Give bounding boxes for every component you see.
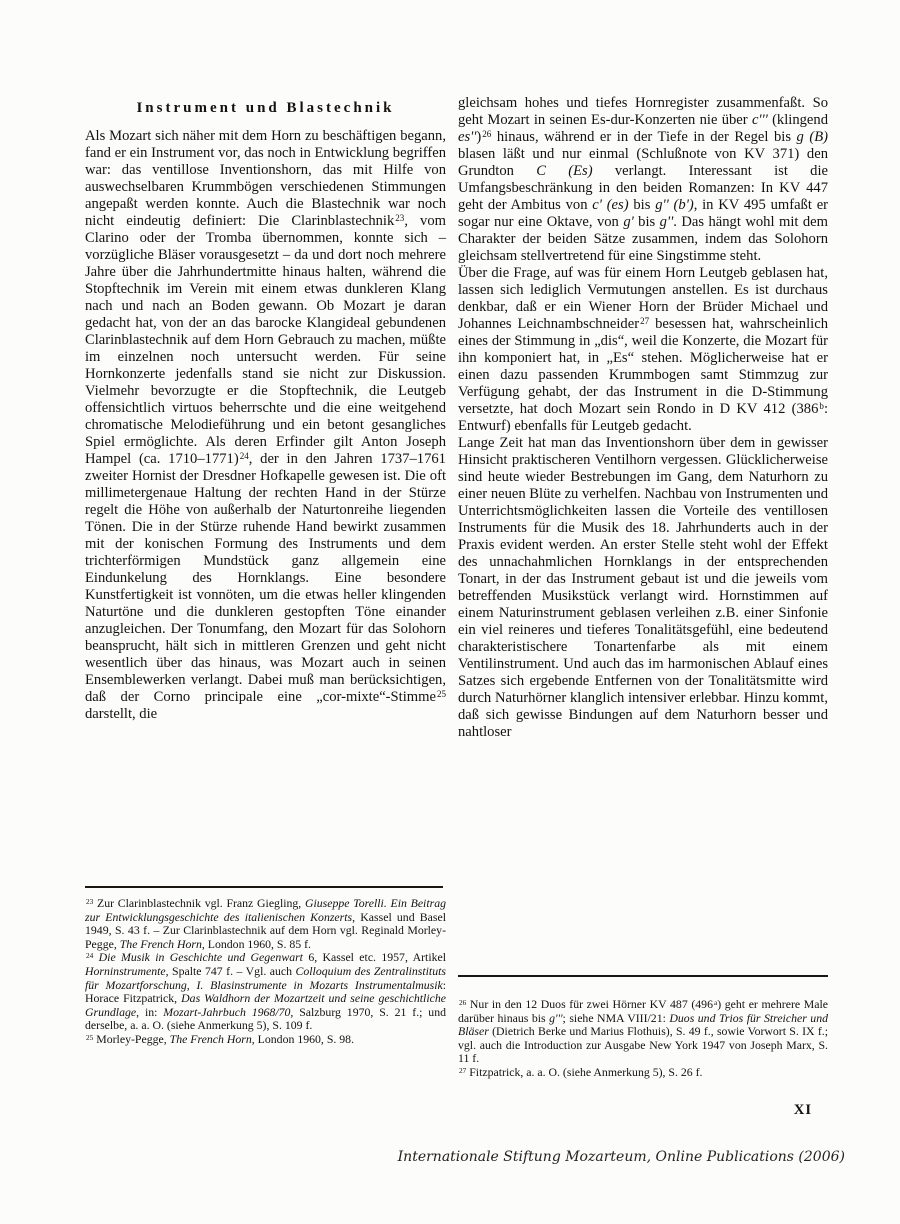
section-heading: Instrument und Blastechnik <box>85 100 446 117</box>
right-column: gleichsam hohes und tiefes Hornregister … <box>458 95 828 741</box>
left-column: Als Mozart sich näher mit dem Horn zu be… <box>85 128 446 723</box>
publication-footer: Internationale Stiftung Mozarteum, Onlin… <box>398 1149 845 1165</box>
footnote-divider-right <box>458 975 828 977</box>
body-paragraph: Lange Zeit hat man das Inventionshorn üb… <box>458 435 828 741</box>
footnote-27: 27 Fitzpatrick, a. a. O. (siehe Anmerkun… <box>458 1066 828 1080</box>
footnote-25: 25 Morley-Pegge, The French Horn, London… <box>85 1033 446 1047</box>
left-footnotes: 23 Zur Clarinblastechnik vgl. Franz Gieg… <box>85 897 446 1047</box>
page-number: XI <box>794 1102 812 1119</box>
footnote-divider-left <box>85 886 443 888</box>
right-footnotes: 26 Nur in den 12 Duos für zwei Hörner KV… <box>458 998 828 1080</box>
scanned-document-page: Instrument und Blastechnik Als Mozart si… <box>0 0 900 1224</box>
footnote-24: 24 Die Musik in Geschichte und Gegenwart… <box>85 951 446 1033</box>
body-paragraph: Als Mozart sich näher mit dem Horn zu be… <box>85 128 446 723</box>
body-paragraph: Über die Frage, auf was für einem Horn L… <box>458 265 828 435</box>
footnote-23: 23 Zur Clarinblastechnik vgl. Franz Gieg… <box>85 897 446 951</box>
footnote-26: 26 Nur in den 12 Duos für zwei Hörner KV… <box>458 998 828 1066</box>
body-paragraph: gleichsam hohes und tiefes Hornregister … <box>458 95 828 265</box>
